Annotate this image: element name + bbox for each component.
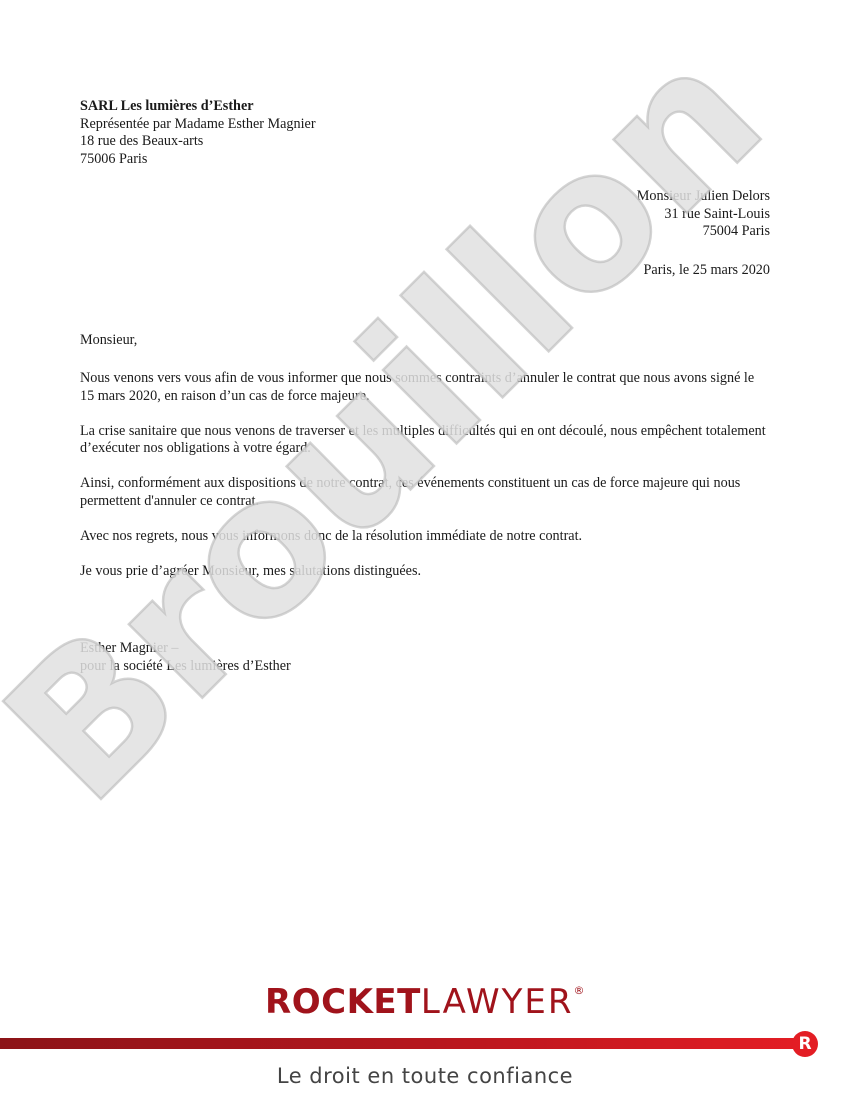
signature-company: pour la société Les lumières d’Esther xyxy=(80,658,291,676)
footer-bar xyxy=(0,1038,800,1049)
recipient-street: 31 rue Saint-Louis xyxy=(637,206,770,224)
sender-company: SARL Les lumières d’Esther xyxy=(80,98,316,116)
rocket-lawyer-r-icon: R xyxy=(792,1031,818,1057)
salutation: Monsieur, xyxy=(80,332,137,350)
logo-rocket: ROCKET xyxy=(265,982,421,1022)
signature-block: Esther Magnier – pour la société Les lum… xyxy=(80,640,291,675)
registered-mark: ® xyxy=(573,984,585,997)
sender-representative: Représentée par Madame Esther Magnier xyxy=(80,116,316,134)
paragraph: Ainsi, conformément aux dispositions de … xyxy=(80,475,770,510)
logo-lawyer: LAWYER xyxy=(421,982,574,1022)
rocket-lawyer-logo: ROCKETLAWYER® xyxy=(0,982,850,1022)
paragraph: Je vous prie d’agréer Monsieur, mes salu… xyxy=(80,563,770,581)
recipient-name: Monsieur Julien Delors xyxy=(637,188,770,206)
letter-body: Nous venons vers vous afin de vous infor… xyxy=(80,370,770,598)
paragraph: Avec nos regrets, nous vous informons do… xyxy=(80,528,770,546)
recipient-city: 75004 Paris xyxy=(637,223,770,241)
sender-city: 75006 Paris xyxy=(80,151,316,169)
sender-block: SARL Les lumières d’Esther Représentée p… xyxy=(80,98,316,168)
paragraph: La crise sanitaire que nous venons de tr… xyxy=(80,423,770,458)
paragraph: Nous venons vers vous afin de vous infor… xyxy=(80,370,770,405)
sender-street: 18 rue des Beaux-arts xyxy=(80,133,316,151)
signature-name: Esther Magnier – xyxy=(80,640,291,658)
recipient-block: Monsieur Julien Delors 31 rue Saint-Loui… xyxy=(637,188,770,241)
date-line: Paris, le 25 mars 2020 xyxy=(644,262,771,280)
tagline: Le droit en toute confiance xyxy=(0,1064,850,1088)
